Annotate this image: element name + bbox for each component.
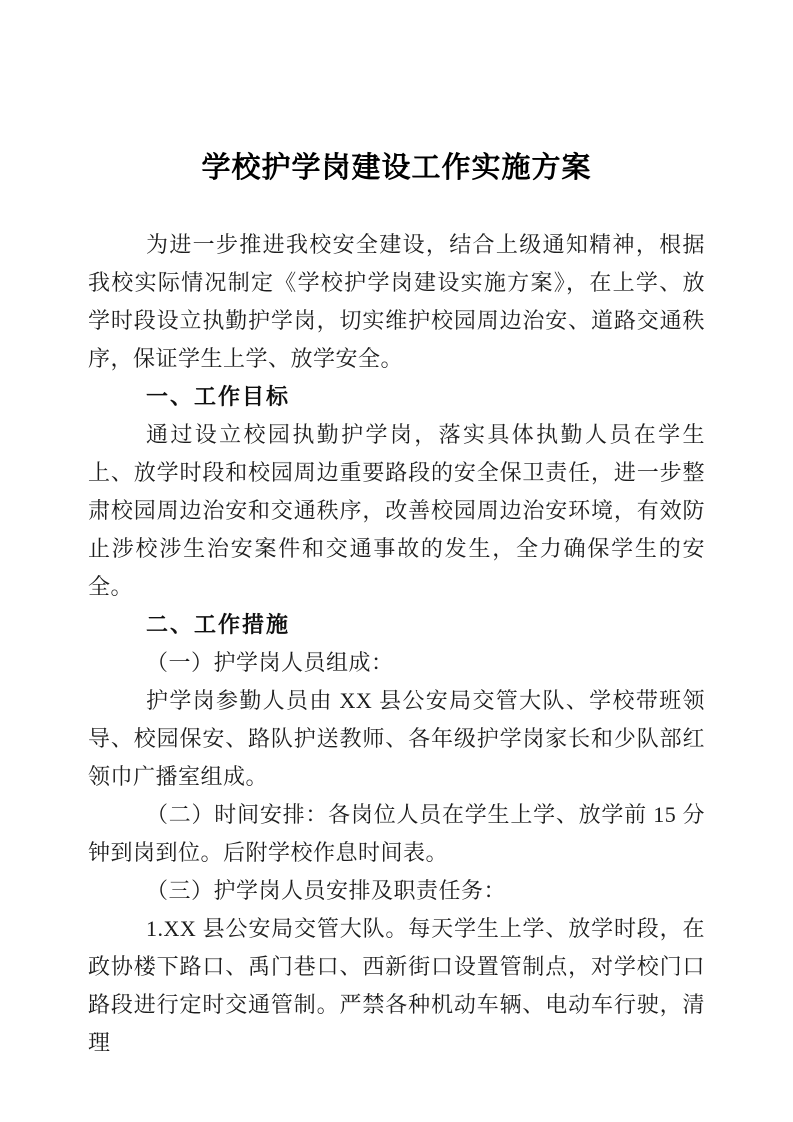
paragraph-item-1-personnel-detail: 护学岗参勤人员由 XX 县公安局交管大队、学校带班领导、校园保安、路队护送教师、…	[88, 682, 705, 796]
section-heading-work-measures: 二、工作措施	[88, 606, 705, 644]
paragraph-item-2-schedule: （二）时间安排：各岗位人员在学生上学、放学前 15 分钟到岗到位。后附学校作息时…	[88, 796, 705, 872]
section-heading-work-goals: 一、工作目标	[88, 378, 705, 416]
document-page: 学校护学岗建设工作实施方案 为进一步推进我校安全建设，结合上级通知精神，根据我校…	[0, 0, 793, 1122]
paragraph-item-1-personnel-title: （一）护学岗人员组成：	[88, 644, 705, 682]
document-title: 学校护学岗建设工作实施方案	[88, 146, 705, 190]
paragraph-item-3-duties-title: （三）护学岗人员安排及职责任务：	[88, 872, 705, 910]
document-content: 学校护学岗建设工作实施方案 为进一步推进我校安全建设，结合上级通知精神，根据我校…	[88, 146, 705, 1062]
paragraph-intro: 为进一步推进我校安全建设，结合上级通知精神，根据我校实际情况制定《学校护学岗建设…	[88, 226, 705, 378]
paragraph-traffic-police-duties: 1.XX 县公安局交管大队。每天学生上学、放学时段，在政协楼下路口、禹门巷口、西…	[88, 910, 705, 1062]
paragraph-work-goals: 通过设立校园执勤护学岗，落实具体执勤人员在学生上、放学时段和校园周边重要路段的安…	[88, 416, 705, 606]
